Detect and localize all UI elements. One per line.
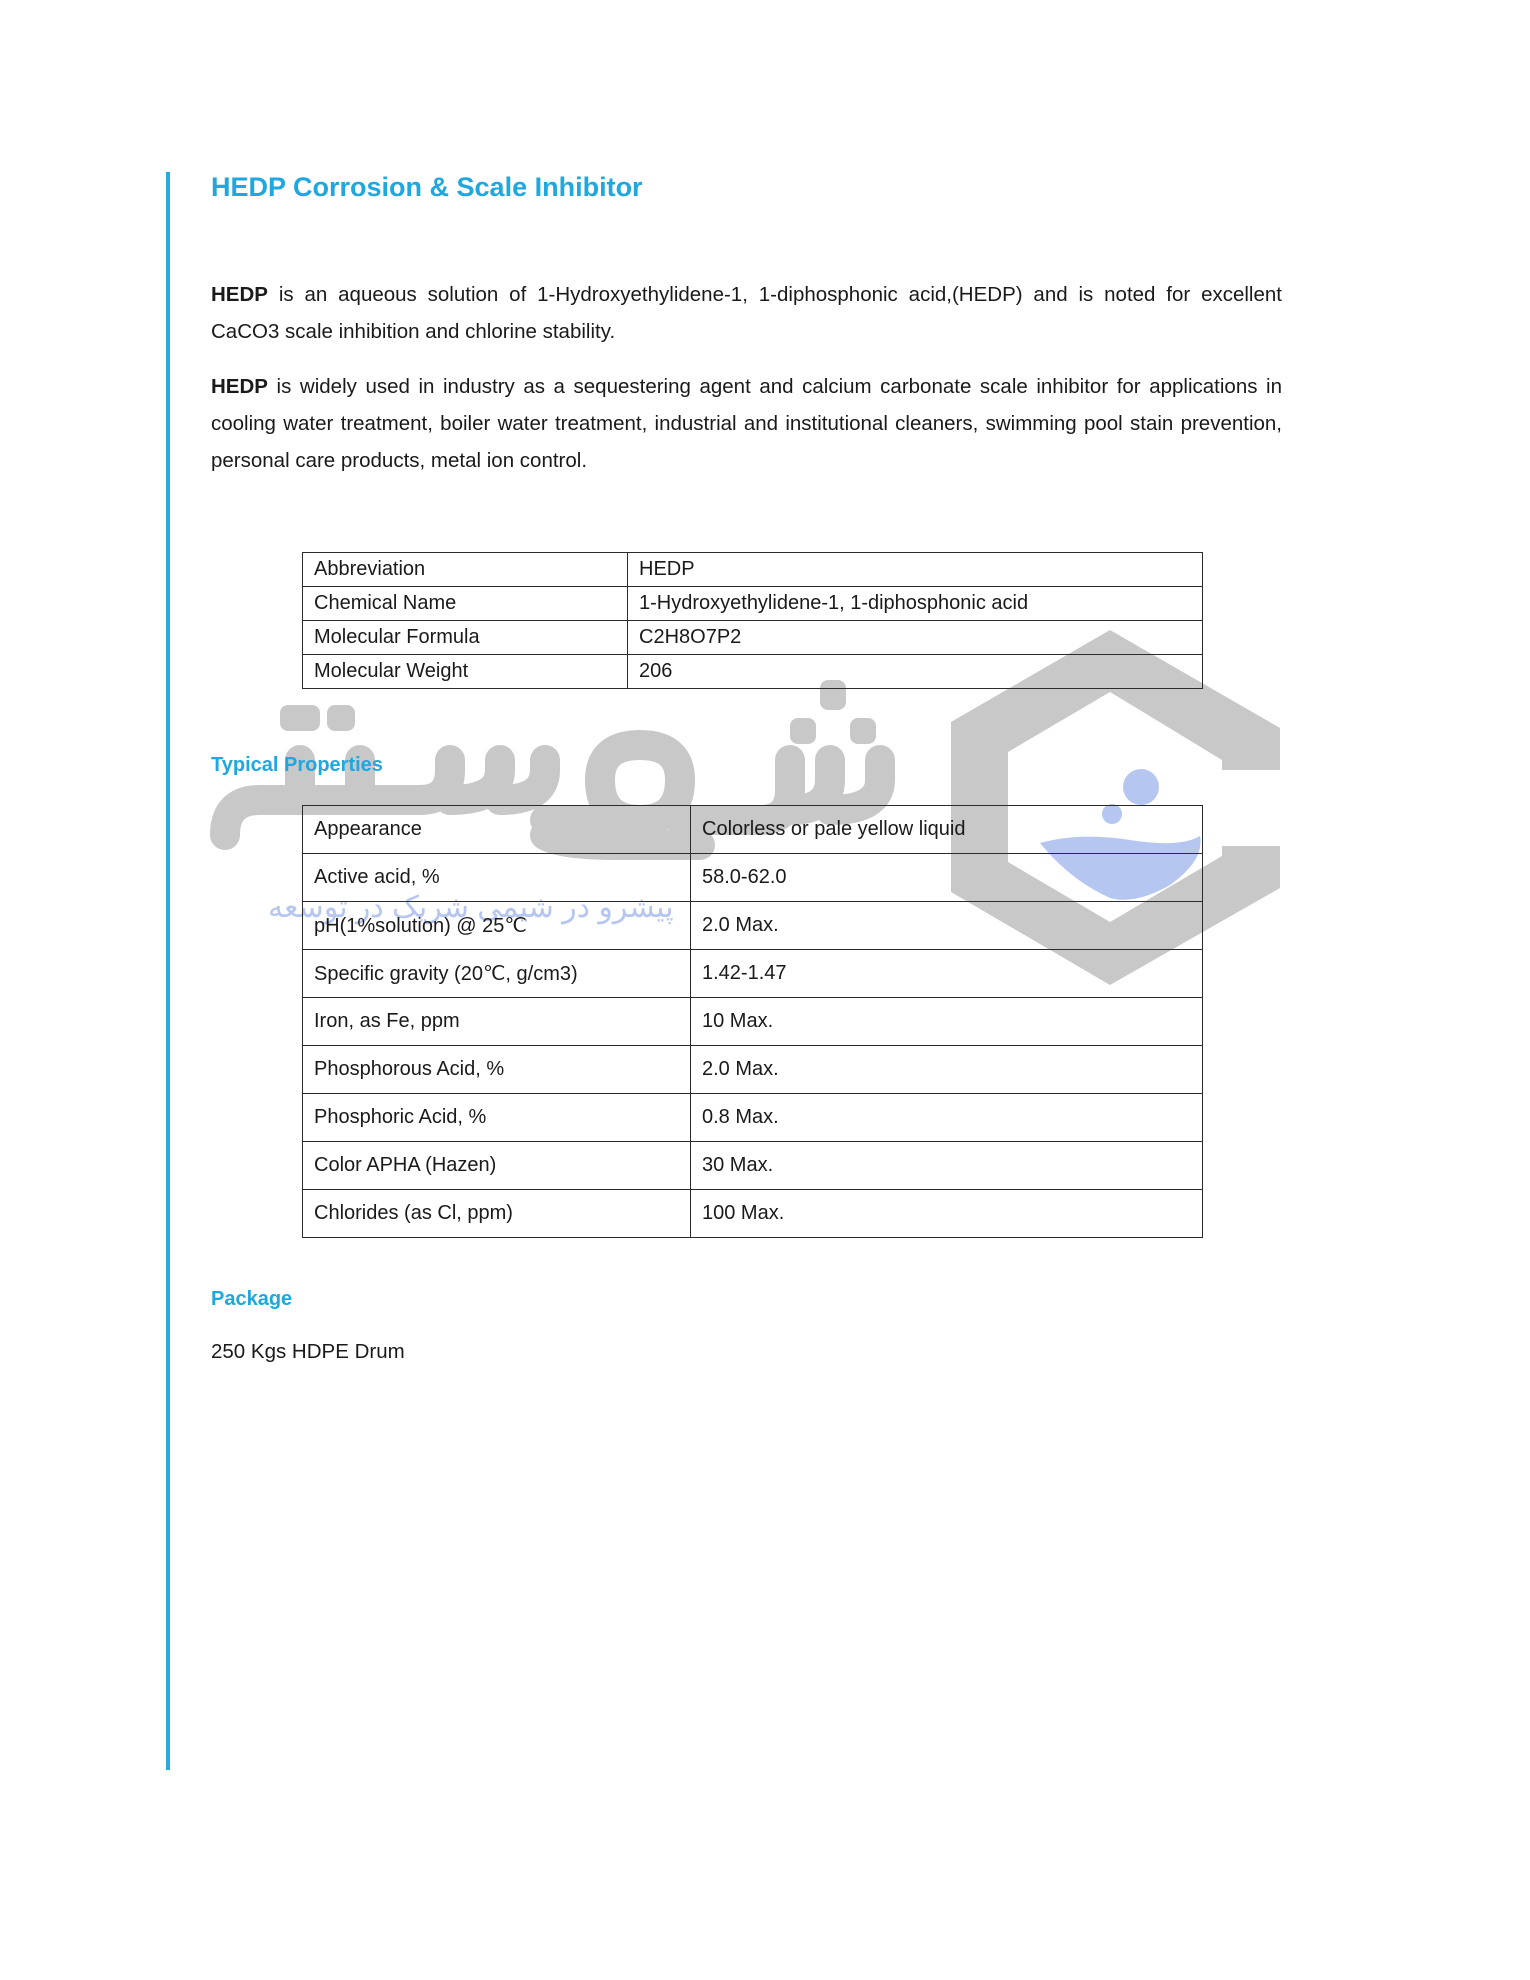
property-value: 2.0 Max. (691, 902, 1203, 950)
table-row: Phosphoric Acid, % 0.8 Max. (303, 1094, 1203, 1142)
intro-paragraph-2: HEDP is widely used in industry as a seq… (211, 368, 1282, 479)
intro-paragraph-1: HEDP is an aqueous solution of 1-Hydroxy… (211, 276, 1282, 350)
property-value: 30 Max. (691, 1142, 1203, 1190)
typical-properties-table: Appearance Colorless or pale yellow liqu… (302, 805, 1203, 1238)
property-name: Iron, as Fe, ppm (303, 998, 691, 1046)
table-row: Iron, as Fe, ppm 10 Max. (303, 998, 1203, 1046)
paragraph-text: is widely used in industry as a sequeste… (211, 375, 1282, 472)
table-row: Chemical Name 1-Hydroxyethylidene-1, 1-d… (303, 587, 1203, 621)
property-value: 1.42-1.47 (691, 950, 1203, 998)
paragraph-lead: HEDP (211, 283, 268, 306)
property-name: Phosphorous Acid, % (303, 1046, 691, 1094)
identity-label: Chemical Name (303, 587, 628, 621)
table-row: Molecular Formula C2H8O7P2 (303, 621, 1203, 655)
property-value: 0.8 Max. (691, 1094, 1203, 1142)
paragraph-text: is an aqueous solution of 1-Hydroxyethyl… (211, 283, 1282, 343)
package-heading: Package (211, 1288, 292, 1311)
table-row: Molecular Weight 206 (303, 655, 1203, 689)
property-name: Phosphoric Acid, % (303, 1094, 691, 1142)
paragraph-lead: HEDP (211, 375, 268, 398)
document-title: HEDP Corrosion & Scale Inhibitor (211, 172, 643, 203)
property-name: Active acid, % (303, 854, 691, 902)
property-name: Specific gravity (20℃, g/cm3) (303, 950, 691, 998)
identity-value: 1-Hydroxyethylidene-1, 1-diphosphonic ac… (628, 587, 1203, 621)
table-row: pH(1%solution) @ 25℃ 2.0 Max. (303, 902, 1203, 950)
identity-table: Abbreviation HEDP Chemical Name 1-Hydrox… (302, 552, 1203, 689)
identity-label: Abbreviation (303, 553, 628, 587)
typical-properties-heading: Typical Properties (211, 754, 383, 777)
property-value: 10 Max. (691, 998, 1203, 1046)
identity-label: Molecular Formula (303, 621, 628, 655)
property-value: 58.0-62.0 (691, 854, 1203, 902)
property-value: 100 Max. (691, 1190, 1203, 1238)
identity-label: Molecular Weight (303, 655, 628, 689)
property-name: pH(1%solution) @ 25℃ (303, 902, 691, 950)
document-page: HEDP Corrosion & Scale Inhibitor HEDP is… (0, 0, 1530, 1980)
property-value: Colorless or pale yellow liquid (691, 806, 1203, 854)
table-row: Abbreviation HEDP (303, 553, 1203, 587)
property-name: Appearance (303, 806, 691, 854)
table-row: Phosphorous Acid, % 2.0 Max. (303, 1046, 1203, 1094)
table-row: Active acid, % 58.0-62.0 (303, 854, 1203, 902)
table-row: Color APHA (Hazen) 30 Max. (303, 1142, 1203, 1190)
identity-value: 206 (628, 655, 1203, 689)
property-name: Color APHA (Hazen) (303, 1142, 691, 1190)
identity-value: HEDP (628, 553, 1203, 587)
table-row: Chlorides (as Cl, ppm) 100 Max. (303, 1190, 1203, 1238)
property-value: 2.0 Max. (691, 1046, 1203, 1094)
table-row: Specific gravity (20℃, g/cm3) 1.42-1.47 (303, 950, 1203, 998)
package-text: 250 Kgs HDPE Drum (211, 1340, 405, 1364)
identity-value: C2H8O7P2 (628, 621, 1203, 655)
table-row: Appearance Colorless or pale yellow liqu… (303, 806, 1203, 854)
property-name: Chlorides (as Cl, ppm) (303, 1190, 691, 1238)
